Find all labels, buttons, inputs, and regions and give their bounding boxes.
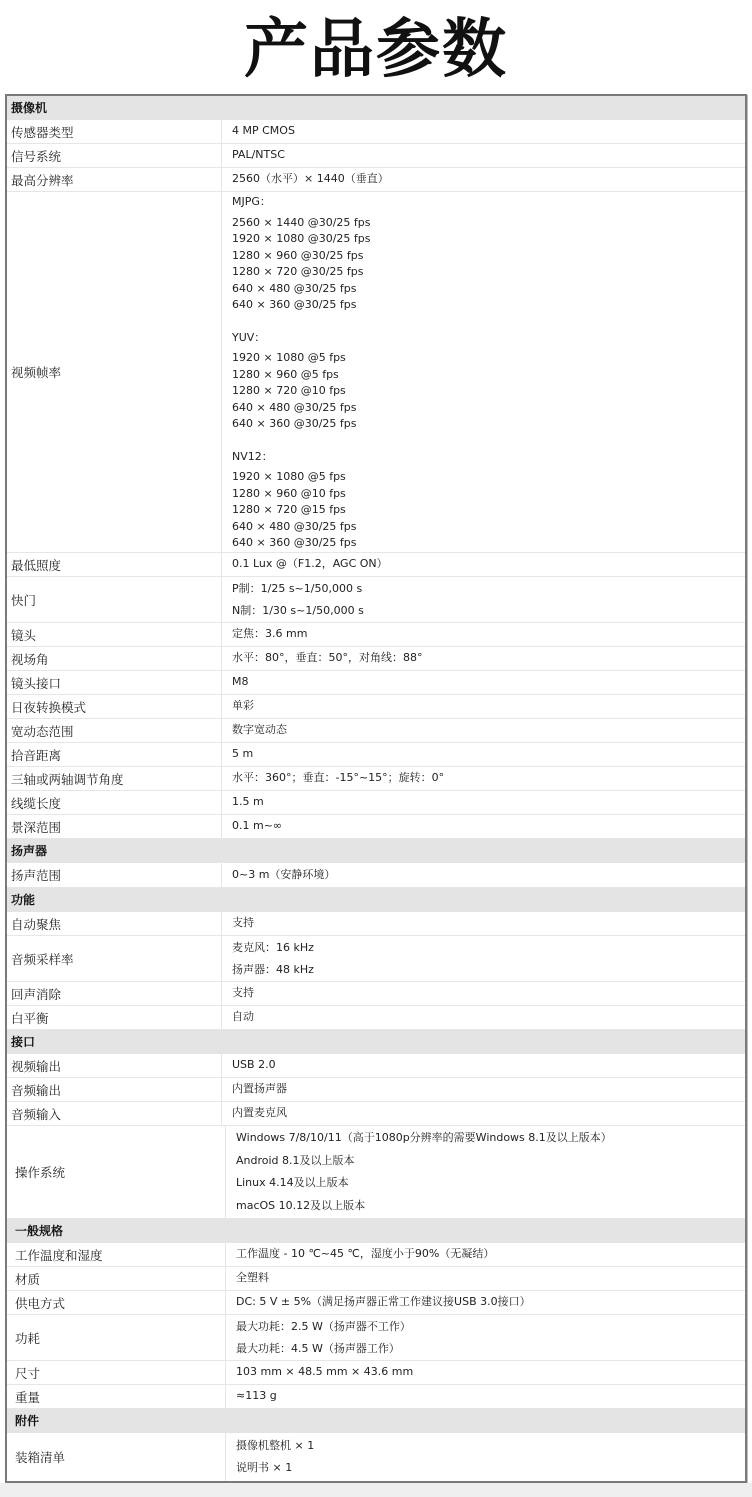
row-value: 0~3 m（安静环境） xyxy=(222,863,745,887)
row-label: 线缆长度 xyxy=(7,791,222,814)
section-header-general: 一般规格 xyxy=(7,1219,745,1243)
row-label: 尺寸 xyxy=(7,1361,226,1384)
row-value: 内置扬声器 xyxy=(222,1078,745,1101)
row-label: 镜头 xyxy=(7,623,222,646)
row-value: P制：1/25 s~1/50,000 s N制：1/30 s~1/50,000 … xyxy=(222,577,745,622)
section-header-function: 功能 xyxy=(7,888,745,912)
table-row: 回声消除 支持 xyxy=(7,982,745,1006)
table-row: 景深范围 0.1 m~∞ xyxy=(7,815,745,839)
table-row: 信号系统 PAL/NTSC xyxy=(7,144,745,168)
footer-band xyxy=(0,1483,752,1497)
row-label: 供电方式 xyxy=(7,1291,226,1314)
row-value: 0.1 Lux @（F1.2，AGC ON） xyxy=(222,553,745,576)
row-value: PAL/NTSC xyxy=(222,144,745,167)
row-label: 信号系统 xyxy=(7,144,222,167)
section-header-speaker: 扬声器 xyxy=(7,839,745,863)
row-label: 操作系统 xyxy=(7,1126,226,1218)
row-label: 工作温度和湿度 xyxy=(7,1243,226,1266)
table-row: 白平衡 自动 xyxy=(7,1006,745,1030)
table-row-os: 操作系统 Windows 7/8/10/11（高于1080p分辨率的需要Wind… xyxy=(7,1126,745,1219)
table-row: 音频输出 内置扬声器 xyxy=(7,1078,745,1102)
row-label: 传感器类型 xyxy=(7,120,222,143)
row-label: 装箱清单 xyxy=(7,1433,226,1481)
table-row: 线缆长度 1.5 m xyxy=(7,791,745,815)
row-value: 麦克风：16 kHz 扬声器：48 kHz xyxy=(222,936,745,981)
table-row: 音频采样率 麦克风：16 kHz 扬声器：48 kHz xyxy=(7,936,745,982)
row-label: 景深范围 xyxy=(7,815,222,838)
row-label: 自动聚焦 xyxy=(7,912,222,935)
row-label: 白平衡 xyxy=(7,1006,222,1029)
row-label: 镜头接口 xyxy=(7,671,222,694)
table-row: 视场角 水平：80°，垂直：50°，对角线：88° xyxy=(7,647,745,671)
row-value: 水平：360°；垂直：-15°~15°；旋转：0° xyxy=(222,767,745,790)
table-row: 功耗 最大功耗：2.5 W（扬声器不工作） 最大功耗：4.5 W（扬声器工作） xyxy=(7,1315,745,1361)
table-row: 镜头 定焦：3.6 mm xyxy=(7,623,745,647)
row-value: 单彩 xyxy=(222,695,745,718)
section-header-accessories: 附件 xyxy=(7,1409,745,1433)
row-label: 视频输出 xyxy=(7,1054,222,1077)
row-value: 水平：80°，垂直：50°，对角线：88° xyxy=(222,647,745,670)
row-value: 全塑料 xyxy=(226,1267,745,1290)
row-value: 1.5 m xyxy=(222,791,745,814)
row-label: 材质 xyxy=(7,1267,226,1290)
row-value: 支持 xyxy=(222,912,745,935)
row-label: 回声消除 xyxy=(7,982,222,1005)
row-value: USB 2.0 xyxy=(222,1054,745,1077)
table-row: 尺寸 103 mm × 48.5 mm × 43.6 mm xyxy=(7,1361,745,1385)
framerate-list: MJPG： 2560 × 1440 @30/25 fps 1920 × 1080… xyxy=(222,192,745,552)
row-value: 数字宽动态 xyxy=(222,719,745,742)
format-header-nv12: NV12： xyxy=(232,449,745,466)
row-label: 拾音距离 xyxy=(7,743,222,766)
row-label: 视频帧率 xyxy=(7,192,222,552)
row-label: 日夜转换模式 xyxy=(7,695,222,718)
table-row: 镜头接口 M8 xyxy=(7,671,745,695)
row-value: 4 MP CMOS xyxy=(222,120,745,143)
table-row: 自动聚焦 支持 xyxy=(7,912,745,936)
row-value: DC: 5 V ± 5%（满足扬声器正常工作建议接USB 3.0接口） xyxy=(226,1291,745,1314)
row-value: 5 m xyxy=(222,743,745,766)
table-row: 最高分辨率 2560（水平）× 1440（垂直） xyxy=(7,168,745,192)
table-row: 拾音距离 5 m xyxy=(7,743,745,767)
table-row: 传感器类型 4 MP CMOS xyxy=(7,120,745,144)
table-row: 装箱清单 摄像机整机 × 1 说明书 × 1 xyxy=(7,1433,745,1481)
row-value: M8 xyxy=(222,671,745,694)
table-row: 三轴或两轴调节角度 水平：360°；垂直：-15°~15°；旋转：0° xyxy=(7,767,745,791)
table-row: 供电方式 DC: 5 V ± 5%（满足扬声器正常工作建议接USB 3.0接口） xyxy=(7,1291,745,1315)
table-row: 重量 ≈113 g xyxy=(7,1385,745,1409)
row-value: 最大功耗：2.5 W（扬声器不工作） 最大功耗：4.5 W（扬声器工作） xyxy=(226,1315,745,1360)
row-label: 重量 xyxy=(7,1385,226,1408)
row-label: 音频输入 xyxy=(7,1102,222,1125)
row-value: ≈113 g xyxy=(226,1385,745,1408)
table-row: 最低照度 0.1 Lux @（F1.2，AGC ON） xyxy=(7,553,745,577)
row-label: 宽动态范围 xyxy=(7,719,222,742)
page-title: 产品参数 xyxy=(0,10,752,90)
table-row: 宽动态范围 数字宽动态 xyxy=(7,719,745,743)
row-label: 音频输出 xyxy=(7,1078,222,1101)
row-label: 三轴或两轴调节角度 xyxy=(7,767,222,790)
format-header-yuv: YUV： xyxy=(232,330,745,347)
row-value: 工作温度 - 10 ℃~45 ℃，湿度小于90%（无凝结） xyxy=(226,1243,745,1266)
row-value: 定焦：3.6 mm xyxy=(222,623,745,646)
table-row: 音频输入 内置麦克风 xyxy=(7,1102,745,1126)
row-label: 最高分辨率 xyxy=(7,168,222,191)
table-row: 视频输出 USB 2.0 xyxy=(7,1054,745,1078)
row-label: 音频采样率 xyxy=(7,936,222,981)
row-label: 功耗 xyxy=(7,1315,226,1360)
row-value: 自动 xyxy=(222,1006,745,1029)
row-value: 内置麦克风 xyxy=(222,1102,745,1125)
row-value: 0.1 m~∞ xyxy=(222,815,745,838)
row-value: Windows 7/8/10/11（高于1080p分辨率的需要Windows 8… xyxy=(226,1126,745,1218)
row-value: 103 mm × 48.5 mm × 43.6 mm xyxy=(226,1361,745,1384)
table-row-framerate: 视频帧率 MJPG： 2560 × 1440 @30/25 fps 1920 ×… xyxy=(7,192,745,553)
format-header-mjpg: MJPG： xyxy=(232,194,745,211)
row-label: 最低照度 xyxy=(7,553,222,576)
table-row: 日夜转换模式 单彩 xyxy=(7,695,745,719)
row-value: 2560（水平）× 1440（垂直） xyxy=(222,168,745,191)
table-row: 快门 P制：1/25 s~1/50,000 s N制：1/30 s~1/50,0… xyxy=(7,577,745,623)
table-row: 扬声范围 0~3 m（安静环境） xyxy=(7,863,745,888)
row-value: 支持 xyxy=(222,982,745,1005)
table-row: 工作温度和湿度 工作温度 - 10 ℃~45 ℃，湿度小于90%（无凝结） xyxy=(7,1243,745,1267)
section-header-interface: 接口 xyxy=(7,1030,745,1054)
row-label: 扬声范围 xyxy=(7,863,222,887)
row-label: 视场角 xyxy=(7,647,222,670)
row-value: 摄像机整机 × 1 说明书 × 1 xyxy=(226,1433,745,1481)
section-header-camera: 摄像机 xyxy=(7,96,745,120)
row-label: 快门 xyxy=(7,577,222,622)
table-row: 材质 全塑料 xyxy=(7,1267,745,1291)
spec-table: 摄像机 传感器类型 4 MP CMOS 信号系统 PAL/NTSC 最高分辨率 … xyxy=(5,94,747,1483)
